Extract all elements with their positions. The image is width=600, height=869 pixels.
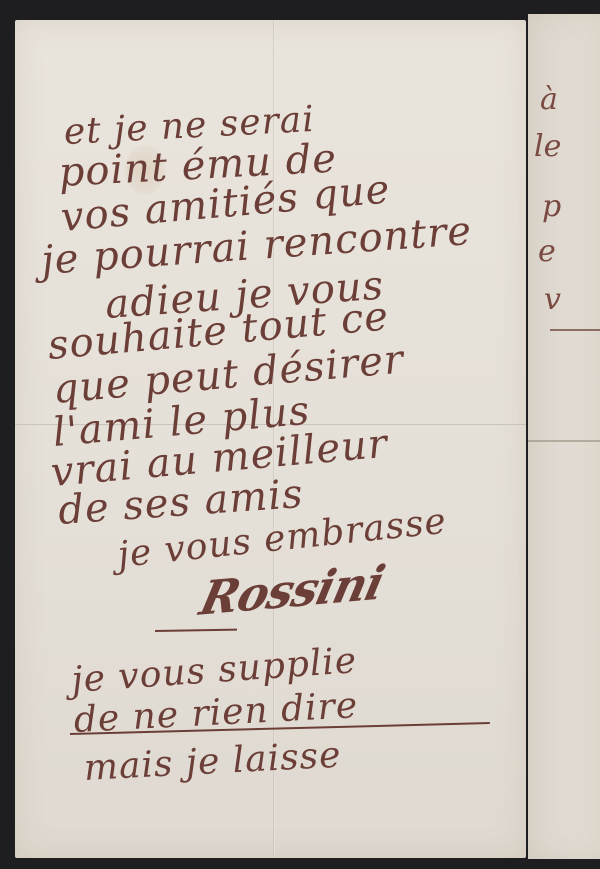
fragment-line: p — [542, 189, 561, 224]
right-page-fragment: à le p e v — [528, 14, 600, 859]
fragment-line: à — [540, 82, 558, 117]
underline — [550, 329, 600, 331]
letter-page: et je ne serai point ému de vos amitiés … — [15, 20, 526, 858]
fragment-line: e — [538, 234, 556, 269]
separator-rule — [155, 629, 237, 632]
fragment-line: le — [534, 129, 561, 164]
fragment-line: v — [544, 282, 561, 317]
signature: Rossini — [195, 555, 389, 626]
fold-crease — [528, 440, 600, 442]
postscript-line: mais je laisse — [83, 735, 342, 789]
